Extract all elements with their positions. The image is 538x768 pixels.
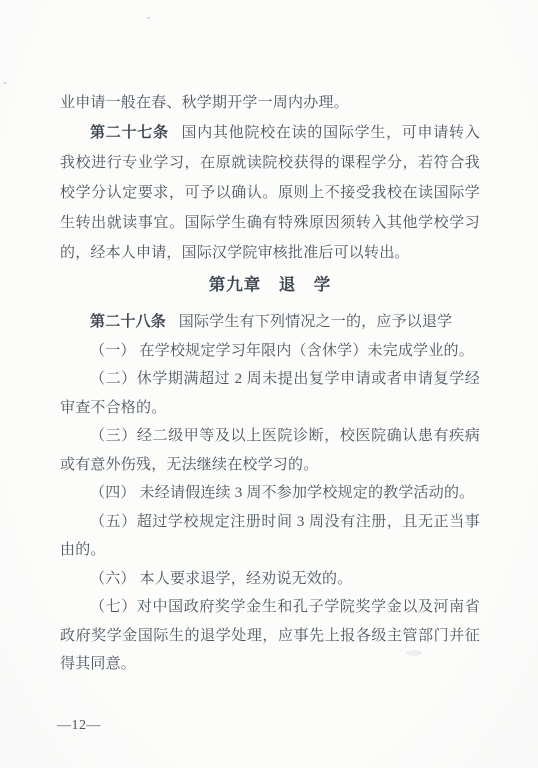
- page-number: —12—: [57, 716, 101, 736]
- withdrawal-item-5: （五）超过学校规定注册时间 3 周没有注册，且无正当事由的。: [60, 508, 480, 565]
- withdrawal-item-7: （七）对中国政府奖学金生和孔子学院奖学金以及河南省政府奖学金国际生的退学处理，应…: [60, 593, 480, 679]
- article-28-text: 国际学生有下列情况之一的，应予以退学: [179, 314, 453, 330]
- withdrawal-section: 第二十八条国际学生有下列情况之一的，应予以退学 （一） 在学校规定学习年限内（含…: [60, 308, 480, 679]
- withdrawal-item-3: （三）经二级甲等及以上医院诊断，校医院确认患有疾病或有意外伤残，无法继续在校学习…: [60, 422, 480, 479]
- article-28-label: 第二十八条: [90, 313, 166, 330]
- document-body: 业申请一般在春、秋学期开学一周内办理。 第二十七条国内其他院校在读的国际学生，可…: [60, 88, 480, 679]
- paragraph-continuation: 业申请一般在春、秋学期开学一周内办理。: [60, 88, 480, 118]
- article-27-text: 国内其他院校在读的国际学生，可申请转入我校进行专业学习，在原就读院校获得的课程学…: [60, 125, 480, 261]
- scan-smudge: [406, 650, 422, 656]
- withdrawal-item-2: （二）休学期满超过 2 周未提出复学申请或者申请复学经审查不合格的。: [60, 365, 480, 422]
- article-28-paragraph: 第二十八条国际学生有下列情况之一的，应予以退学: [60, 308, 480, 337]
- article-27-paragraph: 第二十七条国内其他院校在读的国际学生，可申请转入我校进行专业学习，在原就读院校获…: [60, 118, 480, 268]
- scan-speck: [147, 17, 150, 19]
- scan-speck: [3, 82, 7, 84]
- article-27-label: 第二十七条: [90, 124, 169, 141]
- scan-artifact-dash: [389, 256, 394, 258]
- withdrawal-item-1: （一） 在学校规定学习年限内（含休学）未完成学业的。: [60, 337, 480, 366]
- scanned-document-page: 业申请一般在春、秋学期开学一周内办理。 第二十七条国内其他院校在读的国际学生，可…: [0, 0, 538, 768]
- withdrawal-item-6: （六） 本人要求退学，经劝说无效的。: [60, 565, 480, 594]
- withdrawal-item-4: （四） 未经请假连续 3 周不参加学校规定的教学活动的。: [60, 479, 480, 508]
- chapter-9-heading: 第九章 退 学: [60, 270, 480, 300]
